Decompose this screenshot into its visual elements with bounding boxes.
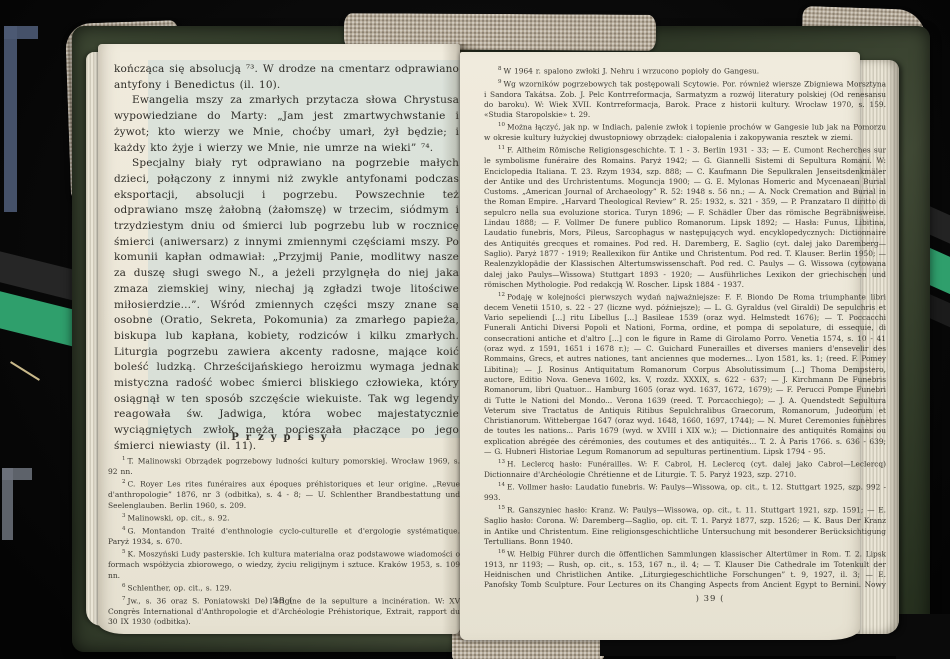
footnote-marker: 14 xyxy=(498,482,505,488)
page-left: kończąca się absolucją ⁷³. W drodze na c… xyxy=(98,44,460,634)
footnote-text: Podaję w kolejności pierwszych wydań naj… xyxy=(484,293,886,456)
footnotes-left: 1T. Malinowski Obrządek pogrzebowy ludno… xyxy=(108,454,460,634)
footnotes-right: 8W 1964 r. spalono zwłoki J. Nehru i wrz… xyxy=(484,64,886,592)
footnote-text: R. Ganszyniec hasło: Kranz. W: Paulys—Wi… xyxy=(484,506,886,546)
footnote: 14E. Vollmer hasło: Laudatio funebris. W… xyxy=(484,480,886,503)
paragraph: Ewangelia mszy za zmarłych przytacza sło… xyxy=(114,93,459,156)
footnote-marker: 13 xyxy=(498,459,505,465)
footnote-text: G. Montandon Traité d'enthnologie cyclo-… xyxy=(108,526,460,545)
footnote-marker: 11 xyxy=(498,145,505,151)
page-right: 8W 1964 r. spalono zwłoki J. Nehru i wrz… xyxy=(460,52,860,640)
footnote: 10Można łączyć, jak np. w Indiach, palen… xyxy=(484,120,886,143)
footnote-marker: 4 xyxy=(122,526,126,532)
footnote: 5K. Moszyński Ludy pasterskie. Ich kultu… xyxy=(108,547,460,581)
footnote-text: W 1964 r. spalono zwłoki J. Nehru i wrzu… xyxy=(504,66,760,75)
footnote-marker: 10 xyxy=(498,122,505,128)
camo-shape-gold-line xyxy=(10,361,40,381)
footnote: 8W 1964 r. spalono zwłoki J. Nehru i wrz… xyxy=(484,64,886,77)
paragraph: kończąca się absolucją ⁷³. W drodze na c… xyxy=(114,62,459,93)
footnote-text: Malinowski, op. cit., s. 92. xyxy=(128,514,230,523)
body-text: kończąca się absolucją ⁷³. W drodze na c… xyxy=(114,62,459,455)
footnote: 15R. Ganszyniec hasło: Kranz. W: Paulys—… xyxy=(484,503,886,547)
footnote-text: H. Leclercq hasło: Funérailles. W: F. Ca… xyxy=(484,460,886,479)
paragraph: Specjalny biały ryt odprawiano na pogrze… xyxy=(114,156,459,454)
footnote: 4G. Montandon Traité d'enthnologie cyclo… xyxy=(108,524,460,547)
footnote-marker: 1 xyxy=(122,456,126,462)
footnote-text: Wg wzorników pogrzebowych tak postępowal… xyxy=(484,79,886,119)
photo-background: kończąca się absolucją ⁷³. W drodze na c… xyxy=(0,0,950,659)
footnote-text: C. Royer Les rites funéraires aux époque… xyxy=(108,480,460,510)
footnote-text: W. Helbig Führer durch die öffentlichen … xyxy=(484,550,886,592)
footnote: 16W. Helbig Führer durch die öffentliche… xyxy=(484,547,886,592)
footnote: 1T. Malinowski Obrządek pogrzebowy ludno… xyxy=(108,454,460,477)
footnote-marker: 9 xyxy=(498,79,502,85)
footnote-marker: 3 xyxy=(122,513,126,519)
footnote-marker: 12 xyxy=(498,292,505,298)
footnote-marker: 8 xyxy=(498,66,502,72)
footnote: 11F. Altheim Römische Religionsgeschicht… xyxy=(484,143,886,290)
footnote: 6Schlenther, op. cit., s. 129. xyxy=(108,581,460,594)
footnote: 12Podaję w kolejności pierwszych wydań n… xyxy=(484,290,886,457)
open-book: kończąca się absolucją ⁷³. W drodze na c… xyxy=(60,8,950,656)
footnote: 9Wg wzorników pogrzebowych tak postępowa… xyxy=(484,77,886,121)
footnote-text: Można łączyć, jak np. w Indiach, palenie… xyxy=(484,123,886,142)
footnote-text: Schlenther, op. cit., s. 129. xyxy=(128,583,232,592)
page-number-right: ) 39 ( xyxy=(520,594,900,604)
footnote: 2C. Royer Les rites funéraires aux époqu… xyxy=(108,477,460,511)
camo-shape-gray-bracket-arm xyxy=(2,468,32,480)
footnote-text: T. Malinowski Obrządek pogrzebowy ludnoś… xyxy=(108,457,460,476)
page-number-left: ) 38 ( xyxy=(98,596,460,606)
footnote-marker: 6 xyxy=(122,583,126,589)
footnote-marker: 2 xyxy=(122,479,126,485)
background-cutout xyxy=(896,614,950,659)
footnote-marker: 15 xyxy=(498,505,505,511)
footnote-text: E. Vollmer hasło: Laudatio funebris. W: … xyxy=(484,483,886,502)
camo-shape-blue-bracket-arm xyxy=(4,26,38,39)
footnote-text: K. Moszyński Ludy pasterskie. Ich kultur… xyxy=(108,550,460,580)
camo-shape-blue-bracket xyxy=(4,26,17,212)
footnote-marker: 16 xyxy=(498,549,505,555)
footnote: 13H. Leclercq hasło: Funérailles. W: F. … xyxy=(484,457,886,480)
footnote-marker: 5 xyxy=(122,549,126,555)
footnotes-heading: Przypisy xyxy=(98,432,460,443)
footnote: 3Malinowski, op. cit., s. 92. xyxy=(108,511,460,524)
footnote-text: F. Altheim Römische Religionsgeschichte.… xyxy=(484,146,886,289)
